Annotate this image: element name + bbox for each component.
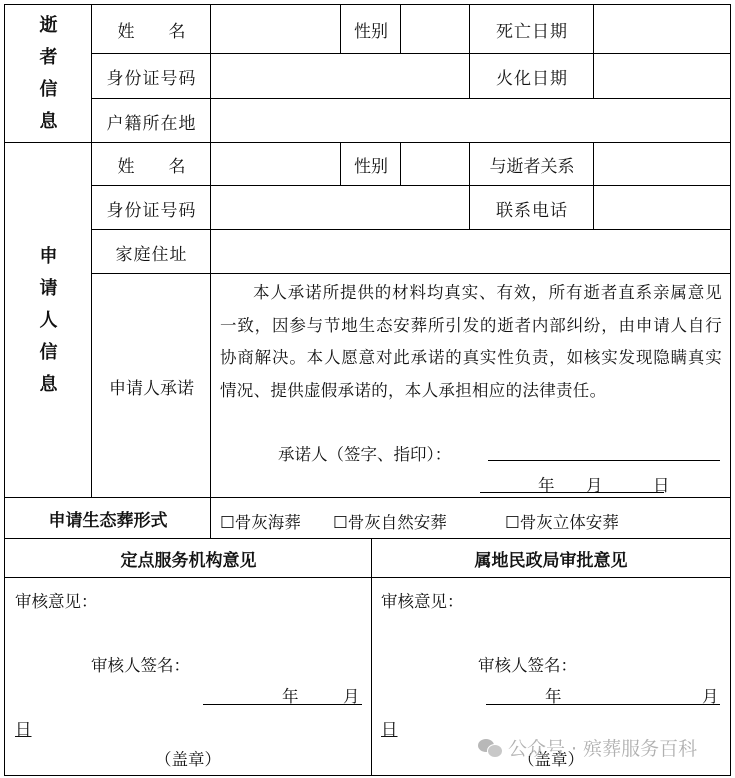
address-label: 家庭住址	[91, 229, 212, 275]
checkbox-icon[interactable]: ☐	[220, 513, 235, 532]
deceased-id-field[interactable]	[210, 53, 471, 100]
pledge-date-year: 年	[538, 472, 555, 496]
applicant-gender-label: 性别	[340, 142, 402, 187]
eco-burial-application-form: 逝 者 信 息 姓 名 性别 死亡日期 身份证号码 火化日期 户籍所在地 申 请…	[0, 0, 735, 778]
applicant-name-field[interactable]	[210, 142, 342, 187]
pledge-date-month: 月	[586, 472, 603, 496]
civil-affairs-title: 属地民政局审批意见	[371, 538, 731, 579]
left-opinion-label: 审核意见：	[15, 588, 98, 612]
phone-field[interactable]	[593, 185, 731, 231]
relation-field[interactable]	[593, 142, 731, 187]
option-natural-burial[interactable]: ☐骨灰自然安葬	[333, 509, 447, 533]
right-date-month: 月	[702, 683, 719, 707]
applicant-id-label: 身份证号码	[91, 185, 212, 231]
deceased-id-label: 身份证号码	[91, 53, 212, 100]
option-sea-burial[interactable]: ☐骨灰海葬	[220, 509, 301, 533]
death-date-field[interactable]	[593, 4, 731, 55]
cremation-date-label: 火化日期	[469, 53, 595, 100]
signature-line[interactable]	[488, 440, 720, 461]
deceased-name-field[interactable]	[210, 4, 342, 55]
pledge-label: 申请人承诺	[91, 273, 212, 499]
right-date-line[interactable]	[486, 684, 720, 705]
pledge-text: 本人承诺所提供的材料均真实、有效，所有逝者直系亲属意见一致，因参与节地生态安葬所…	[220, 277, 722, 407]
watermark: 公众号 · 殡葬服务百科	[478, 734, 697, 761]
pledge-date-line[interactable]	[480, 472, 664, 493]
wechat-icon	[478, 739, 502, 757]
right-date-year: 年	[545, 683, 562, 707]
service-agency-title: 定点服务机构意见	[4, 538, 373, 579]
phone-label: 联系电话	[469, 185, 595, 231]
applicant-name-label: 姓 名	[91, 142, 212, 187]
applicant-id-field[interactable]	[210, 185, 471, 231]
option-stereo-burial[interactable]: ☐骨灰立体安葬	[505, 509, 619, 533]
death-date-label: 死亡日期	[469, 4, 595, 55]
applicant-gender-field[interactable]	[400, 142, 471, 187]
right-opinion-label: 审核意见：	[381, 588, 464, 612]
signer-label: 承诺人（签字、指印）：	[278, 441, 451, 465]
checkbox-icon[interactable]: ☐	[333, 513, 348, 532]
left-signer-label: 审核人签名：	[91, 652, 190, 676]
left-seal-label: （盖章）	[155, 746, 221, 770]
cremation-date-field[interactable]	[593, 53, 731, 100]
left-date-day: 日	[15, 716, 32, 740]
deceased-gender-label: 性别	[340, 4, 402, 55]
left-date-month: 月	[343, 683, 360, 707]
right-date-day: 日	[381, 716, 398, 740]
deceased-gender-field[interactable]	[400, 4, 471, 55]
household-field[interactable]	[210, 98, 731, 144]
burial-type-label: 申请生态葬形式	[4, 497, 212, 540]
right-signer-label: 审核人签名：	[478, 652, 577, 676]
deceased-section-label: 逝 者 信 息	[4, 4, 93, 144]
household-label: 户籍所在地	[91, 98, 212, 144]
pledge-date-day: 日	[653, 472, 670, 496]
relation-label: 与逝者关系	[469, 142, 595, 187]
applicant-section-label: 申 请 人 信 息	[4, 142, 93, 499]
address-field[interactable]	[210, 229, 731, 275]
left-date-year: 年	[282, 683, 299, 707]
checkbox-icon[interactable]: ☐	[505, 513, 520, 532]
deceased-name-label: 姓 名	[91, 4, 212, 55]
